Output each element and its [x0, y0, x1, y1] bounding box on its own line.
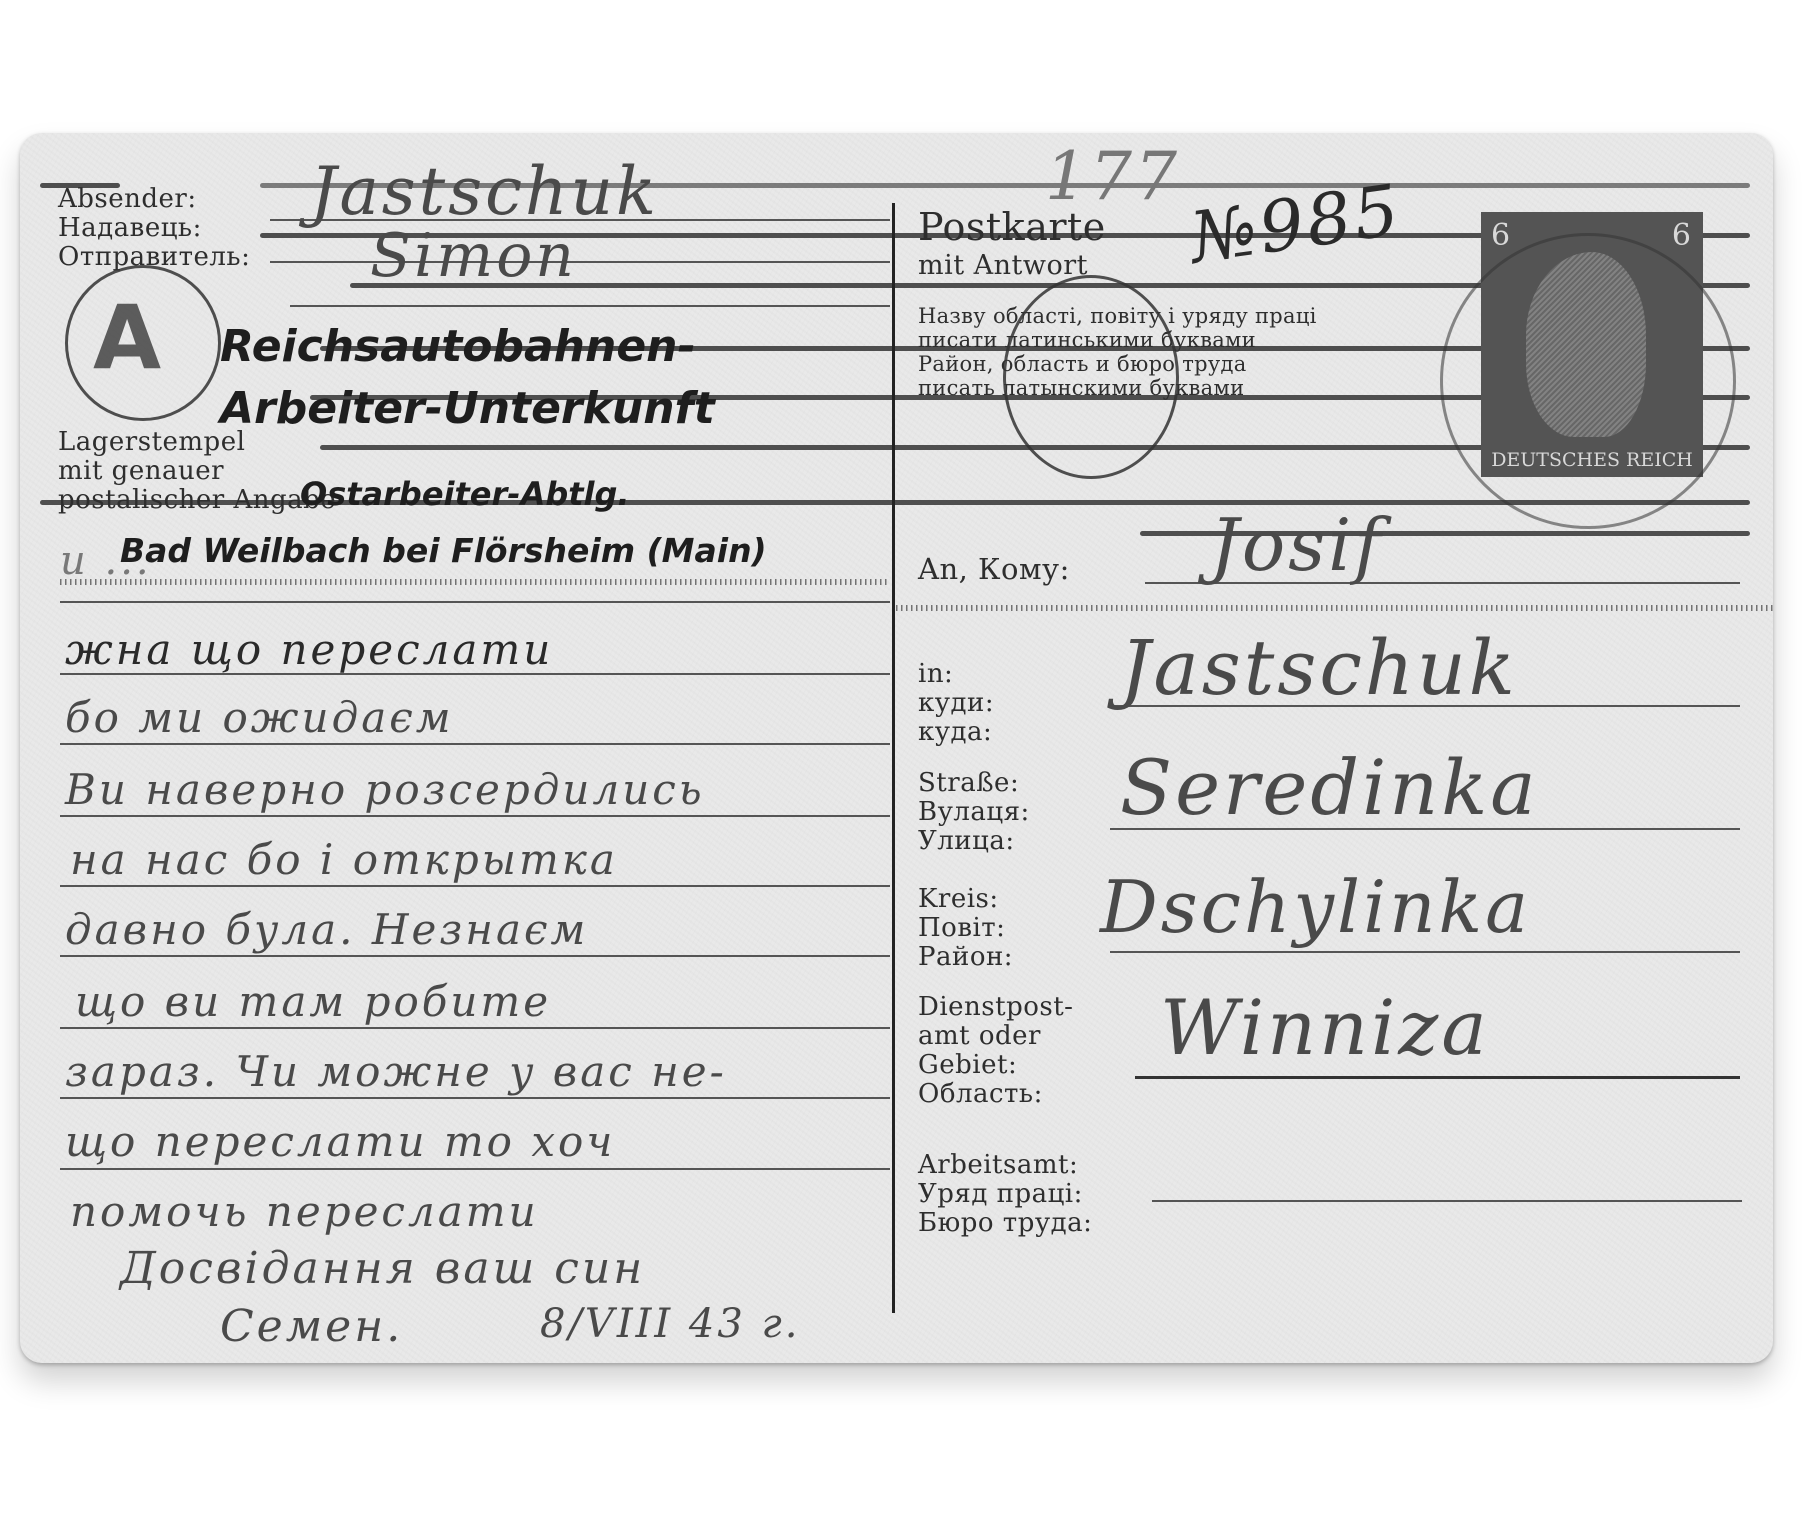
message-date: 8/VIII 43 г.	[540, 1301, 800, 1347]
labor-office-label: Бюро труда:	[918, 1209, 1092, 1238]
street-label: Вулаця:	[918, 798, 1030, 827]
stamp-cancellation-postmark	[1440, 233, 1736, 529]
center-divider	[892, 203, 895, 1313]
labor-office-labels: Arbeitsamt: Уряд праці: Бюро труда:	[918, 1151, 1092, 1238]
street-label: Улица:	[918, 827, 1030, 856]
in-value: Jastschuk	[1120, 623, 1518, 712]
district-label: Kreis:	[918, 885, 1013, 914]
message-line	[60, 955, 890, 957]
office-label: amt oder	[918, 1022, 1073, 1051]
in-label: in:	[918, 660, 994, 689]
message-line-3: Ви наверно розсердились	[65, 765, 705, 814]
perforation-line	[896, 605, 1773, 611]
sender-name-line2: Simon	[370, 221, 577, 291]
message-line-1: жна що переслати	[65, 625, 553, 674]
message-line-0: и ...	[60, 538, 152, 584]
stamp-value-left: 6	[1491, 218, 1510, 253]
to-label: An, Кому:	[918, 555, 1070, 584]
office-labels: Dienstpost- amt oder Gebiet: Область:	[918, 993, 1073, 1109]
message-line-2: бо ми ожидаєм	[65, 693, 454, 742]
round-postmark	[1003, 275, 1179, 479]
sender-name-line1: Jastschuk	[310, 153, 659, 230]
district-value: Dschylinka	[1100, 865, 1531, 949]
postcard: Absender: Надавець: Отправитель: Jastsch…	[20, 133, 1773, 1363]
archive-number: 177	[1045, 138, 1180, 215]
street-value: Seredinka	[1120, 743, 1539, 832]
circle-a-stamp: A	[65, 265, 221, 421]
office-label: Область:	[918, 1080, 1073, 1109]
district-label: Район:	[918, 943, 1013, 972]
message-line	[60, 815, 890, 817]
in-labels: in: куди: куда:	[918, 660, 994, 747]
message-line	[60, 885, 890, 887]
street-label: Straße:	[918, 769, 1030, 798]
to-value: Josif	[1210, 503, 1384, 587]
labor-office-line	[1152, 1200, 1742, 1202]
message-line	[60, 1027, 890, 1029]
message-line-4: на нас бо і открытка	[70, 835, 618, 884]
message-line-6: що ви там робите	[75, 977, 551, 1026]
message-signature: Семен.	[220, 1301, 403, 1352]
sender-labels: Absender: Надавець: Отправитель:	[58, 185, 250, 272]
office-label: Gebiet:	[918, 1051, 1073, 1080]
message-line-10: Досвідання ваш син	[120, 1243, 645, 1294]
camp-labels: Lagerstempel mit genauer postalischer An…	[58, 428, 336, 515]
camp-stamp-line4: Bad Weilbach bei Flörsheim (Main)	[120, 531, 767, 570]
labor-office-label: Уряд праці:	[918, 1180, 1092, 1209]
street-labels: Straße: Вулаця: Улица:	[918, 769, 1030, 856]
message-line-9: помочь переслати	[70, 1187, 539, 1236]
labor-office-label: Arbeitsamt:	[918, 1151, 1092, 1180]
postcard-subtitle: mit Antwort	[918, 250, 1088, 281]
sender-line	[290, 305, 890, 307]
in-label: куди:	[918, 689, 994, 718]
sender-label-de: Absender:	[58, 185, 250, 214]
message-line-5: давно була. Незнаєм	[65, 905, 588, 954]
office-line	[1135, 1076, 1740, 1079]
camp-label-line: postalischer Angabe	[58, 486, 336, 515]
circle-stamp-letter: A	[93, 286, 161, 389]
office-value: Winniza	[1160, 983, 1490, 1072]
camp-stamp-line1: Reichsautobahnen-	[220, 321, 696, 372]
message-line	[60, 1168, 890, 1170]
camp-stamp-line2: Arbeiter-Unterkunft	[220, 383, 715, 434]
district-labels: Kreis: Повіт: Район:	[918, 885, 1013, 972]
camp-label-line: mit genauer	[58, 457, 336, 486]
message-line	[60, 743, 890, 745]
message-line-8: що переслати то хоч	[65, 1117, 615, 1166]
office-label: Dienstpost-	[918, 993, 1073, 1022]
in-label: куда:	[918, 718, 994, 747]
sender-line	[270, 261, 890, 263]
district-line	[1110, 951, 1740, 953]
stamp-value-right: 6	[1672, 218, 1691, 253]
message-line-7: зараз. Чи можне у вас не-	[65, 1047, 727, 1096]
district-label: Повіт:	[918, 914, 1013, 943]
message-line	[60, 1097, 890, 1099]
perforation-line	[60, 579, 890, 585]
sender-label-uk: Надавець:	[58, 214, 250, 243]
camp-stamp-line3: Ostarbeiter-Abtlg.	[300, 475, 630, 513]
message-line	[60, 601, 890, 603]
